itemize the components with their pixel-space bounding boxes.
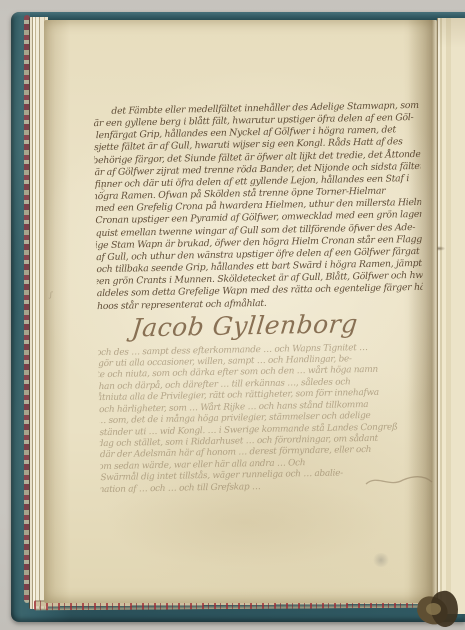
pen-flourish (363, 471, 435, 491)
handwritten-text-block: det Fämbte eller medellfältet innehåller… (93, 100, 426, 496)
margin-pen-mark: ς (101, 183, 105, 192)
calligraphic-name-heading: Jacob Gyllenborg (130, 307, 425, 347)
paper-smudge (372, 553, 390, 567)
book-scan: det Fämbte eller medellfältet innehåller… (0, 0, 465, 630)
damaged-cover-corner (426, 603, 441, 615)
margin-pen-mark: ʃ (50, 291, 52, 299)
facing-page-edge (437, 18, 465, 614)
